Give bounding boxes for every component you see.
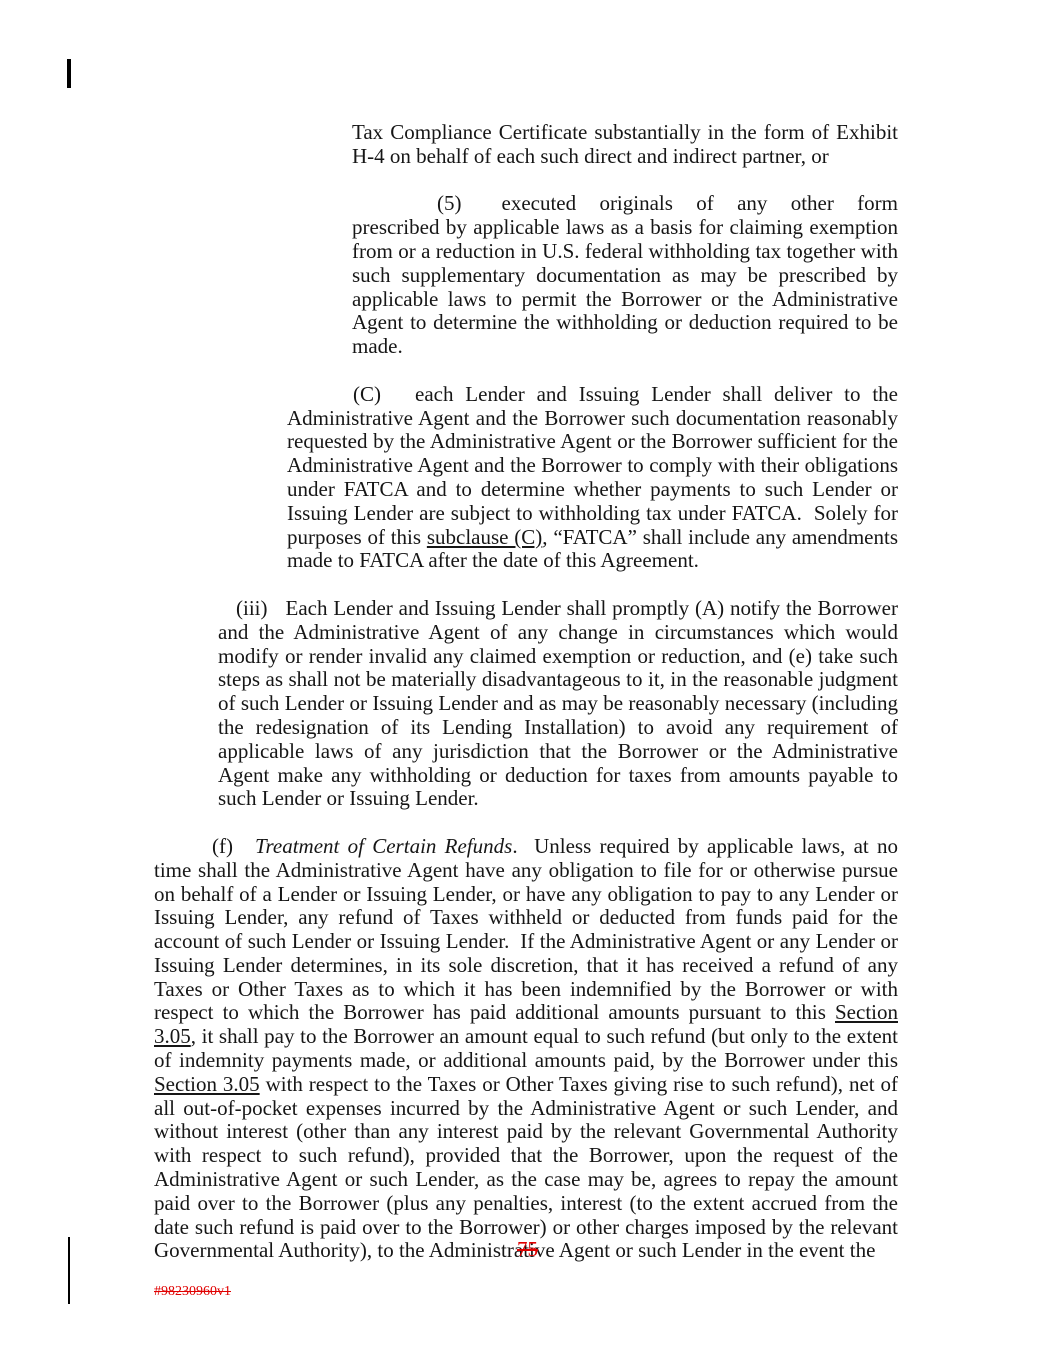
text-run: subclause (C) — [427, 525, 542, 549]
text-run: . Unless required by applicable laws, at… — [154, 834, 898, 1025]
text-run: with respect to the Taxes or Other Taxes… — [154, 1072, 898, 1263]
clause-iii: (iii)Each Lender and Issuing Lender shal… — [218, 597, 898, 811]
text-run: Tax Compliance Certificate substantially… — [352, 120, 898, 168]
text-run: (iii) — [236, 596, 268, 620]
document-id-footer: #98230960v1 — [154, 1284, 231, 1300]
document-body: Tax Compliance Certificate substantially… — [154, 121, 898, 1263]
text-run: , it shall pay to the Borrower an amount… — [154, 1024, 898, 1072]
text-run: (f) — [212, 834, 233, 858]
document-page: Tax Compliance Certificate substantially… — [0, 0, 1055, 1365]
clause-f: (f)Treatment of Certain Refunds. Unless … — [154, 835, 898, 1263]
text-run: (5) — [437, 191, 462, 215]
clause-4-continuation: Tax Compliance Certificate substantially… — [352, 121, 898, 169]
revision-change-bar-top — [67, 59, 71, 88]
page-number: 75 — [0, 1237, 1055, 1262]
text-run: executed originals of any other form pre… — [352, 191, 898, 358]
text-run: Treatment of Certain Refunds — [255, 834, 512, 858]
text-run: each Lender and Issuing Lender shall del… — [287, 382, 898, 549]
clause-5: (5)executed originals of any other form … — [352, 192, 898, 359]
text-run: Each Lender and Issuing Lender shall pro… — [218, 596, 898, 810]
text-run: (C) — [353, 382, 381, 406]
text-run: Section 3.05 — [154, 1072, 260, 1096]
clause-C: (C)each Lender and Issuing Lender shall … — [287, 383, 898, 573]
